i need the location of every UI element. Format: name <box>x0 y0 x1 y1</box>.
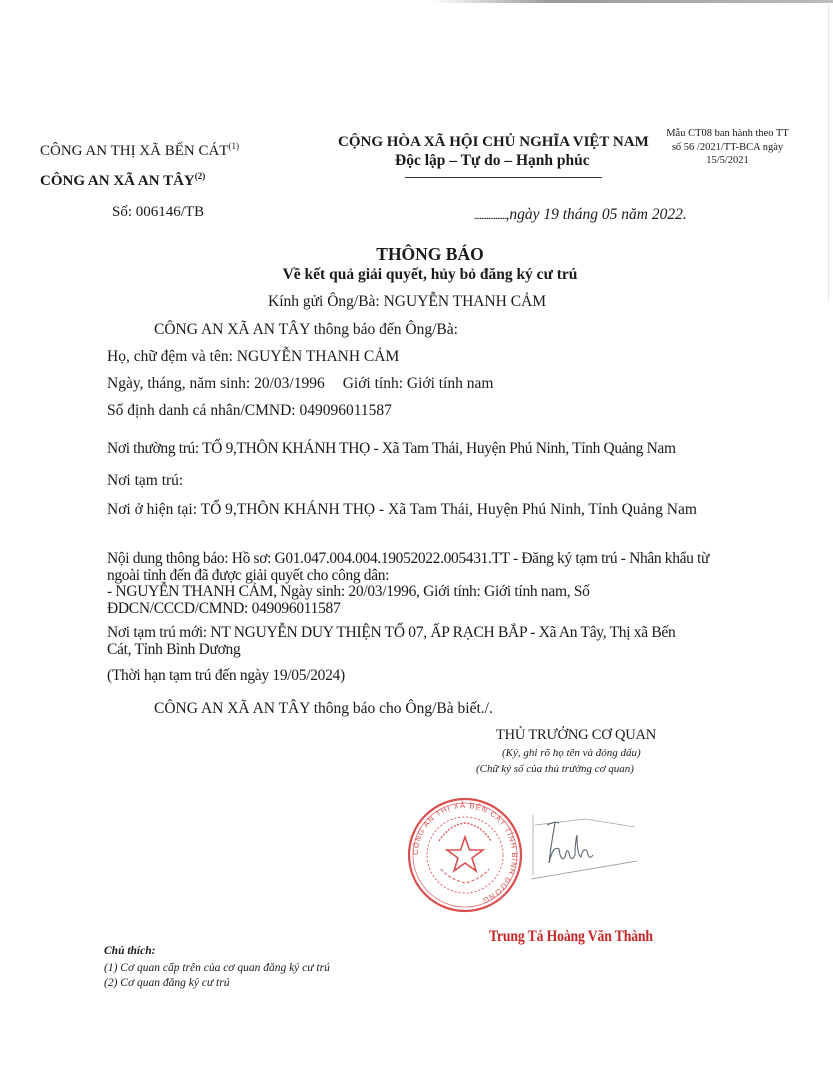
residence-validity: (Thời hạn tạm trú đến ngày 19/05/2024) <box>107 667 345 685</box>
issuing-agency: CÔNG AN XÃ AN TÂY(2) <box>40 171 205 190</box>
recipient-line: Kính gửi Ông/Bà: NGUYỄN THANH CẢM <box>268 293 546 311</box>
national-title: CỘNG HÒA XÃ HỘI CHỦ NGHĨA VIỆT NAM <box>338 134 649 151</box>
id-number: Số định danh cá nhân/CMND: 049096011587 <box>107 402 392 420</box>
document-title: THÔNG BÁO <box>0 244 833 265</box>
document-subtitle: Về kết quả giải quyết, hủy bỏ đăng ký cư… <box>0 266 833 284</box>
motto-underline <box>405 177 602 178</box>
issue-date: ..................,ngày 19 tháng 05 năm … <box>474 206 687 224</box>
current-residence: Nơi ở hiện tại: TỔ 9,THÔN KHÁNH THỌ - Xã… <box>107 502 717 519</box>
official-seal-icon: CÔNG AN THỊ XÃ BẾN CÁT TỈNH BÌNH DƯƠNG <box>405 795 525 915</box>
date-of-birth: Ngày, tháng, năm sinh: 20/03/1996 <box>107 375 325 392</box>
national-motto: Độc lập – Tự do – Hạnh phúc <box>395 152 590 170</box>
digital-signature-note: (Chữ ký số của thủ trưởng cơ quan) <box>476 763 634 775</box>
closing-line: CÔNG AN XÃ AN TÂY thông báo cho Ông/Bà b… <box>154 700 493 718</box>
footnote-1: (1) Cơ quan cấp trên của cơ quan đăng ký… <box>104 962 330 974</box>
permanent-residence: Nơi thường trú: TỔ 9,THÔN KHÁNH THỌ - Xã… <box>107 440 676 458</box>
gender: Giới tính: Giới tính nam <box>343 375 494 392</box>
temporary-residence: Nơi tạm trú: <box>107 472 183 490</box>
form-reference-note: Mẫu CT08 ban hành theo TT số 56 /2021/TT… <box>665 127 790 168</box>
intro-line: CÔNG AN XÃ AN TÂY thông báo đến Ông/Bà: <box>154 321 458 339</box>
footnote-2: (2) Cơ quan đăng ký cư trú <box>104 977 229 989</box>
full-name: Họ, chữ đệm và tên: NGUYỄN THANH CẢM <box>107 348 399 366</box>
handwritten-signature-icon <box>525 805 645 885</box>
signer-name: Trung Tá Hoàng Văn Thành <box>489 928 653 946</box>
footnotes-heading: Chú thích: <box>104 945 155 957</box>
notice-content: Nội dung thông báo: Hồ sơ: G01.047.004.0… <box>107 551 742 584</box>
scan-edge <box>430 0 833 3</box>
dob-gender-row: Ngày, tháng, năm sinh: 20/03/1996Giới tí… <box>107 375 493 393</box>
signature-title: THỦ TRƯỞNG CƠ QUAN <box>496 727 656 744</box>
document-number: Số: 006146/TB <box>112 204 204 221</box>
citizen-details: - NGUYỄN THANH CẢM, Ngày sinh: 20/03/199… <box>107 584 667 617</box>
parent-agency: CÔNG AN THỊ XÃ BẾN CÁT(1) <box>40 141 239 160</box>
signature-instruction: (Ký, ghi rõ họ tên và đóng dấu) <box>502 747 641 759</box>
new-temporary-residence: Nơi tạm trú mới: NT NGUYỄN DUY THIỆN TỔ … <box>107 625 697 658</box>
